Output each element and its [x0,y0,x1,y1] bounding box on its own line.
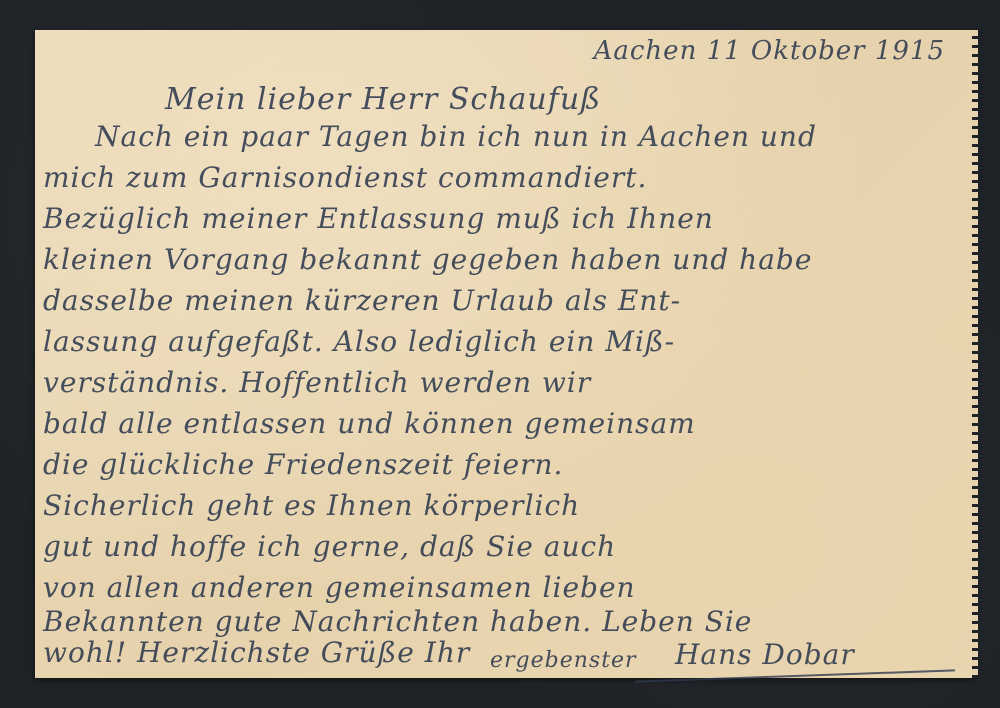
body-line: kleinen Vorgang bekannt gegeben haben un… [43,243,812,276]
body-line: dasselbe meinen kürzeren Urlaub als Ent- [43,284,681,317]
place-date: Aachen 11 Oktober 1915 [594,36,945,66]
body-line: wohl! Herzlichste Grüße Ihr [43,636,470,669]
body-line: Bezüglich meiner Entlassung muß ich Ihne… [43,202,714,235]
body-line: Bekannten gute Nachrichten haben. Leben … [43,605,752,638]
handwritten-text: Aachen 11 Oktober 1915 Mein lieber Herr … [35,30,975,678]
body-line: lassung aufgefaßt. Also lediglich ein Mi… [43,325,675,358]
body-line: von allen anderen gemeinsamen lieben [43,571,636,604]
body-line: verständnis. Hoffentlich werden wir [43,366,591,399]
body-line: Sicherlich geht es Ihnen körperlich [43,489,580,522]
body-line: Nach ein paar Tagen bin ich nun in Aache… [95,120,817,153]
body-line: mich zum Garnisondienst commandiert. [43,161,647,194]
body-line: bald alle entlassen und können gemeinsam [43,407,696,440]
closing: ergebenster [490,648,637,673]
signature: Hans Dobar [675,638,855,671]
postcard: Aachen 11 Oktober 1915 Mein lieber Herr … [35,30,975,678]
salutation: Mein lieber Herr Schaufuß [165,82,601,117]
body-line: die glückliche Friedenszeit feiern. [43,448,563,481]
body-line: gut und hoffe ich gerne, daß Sie auch [43,530,616,563]
